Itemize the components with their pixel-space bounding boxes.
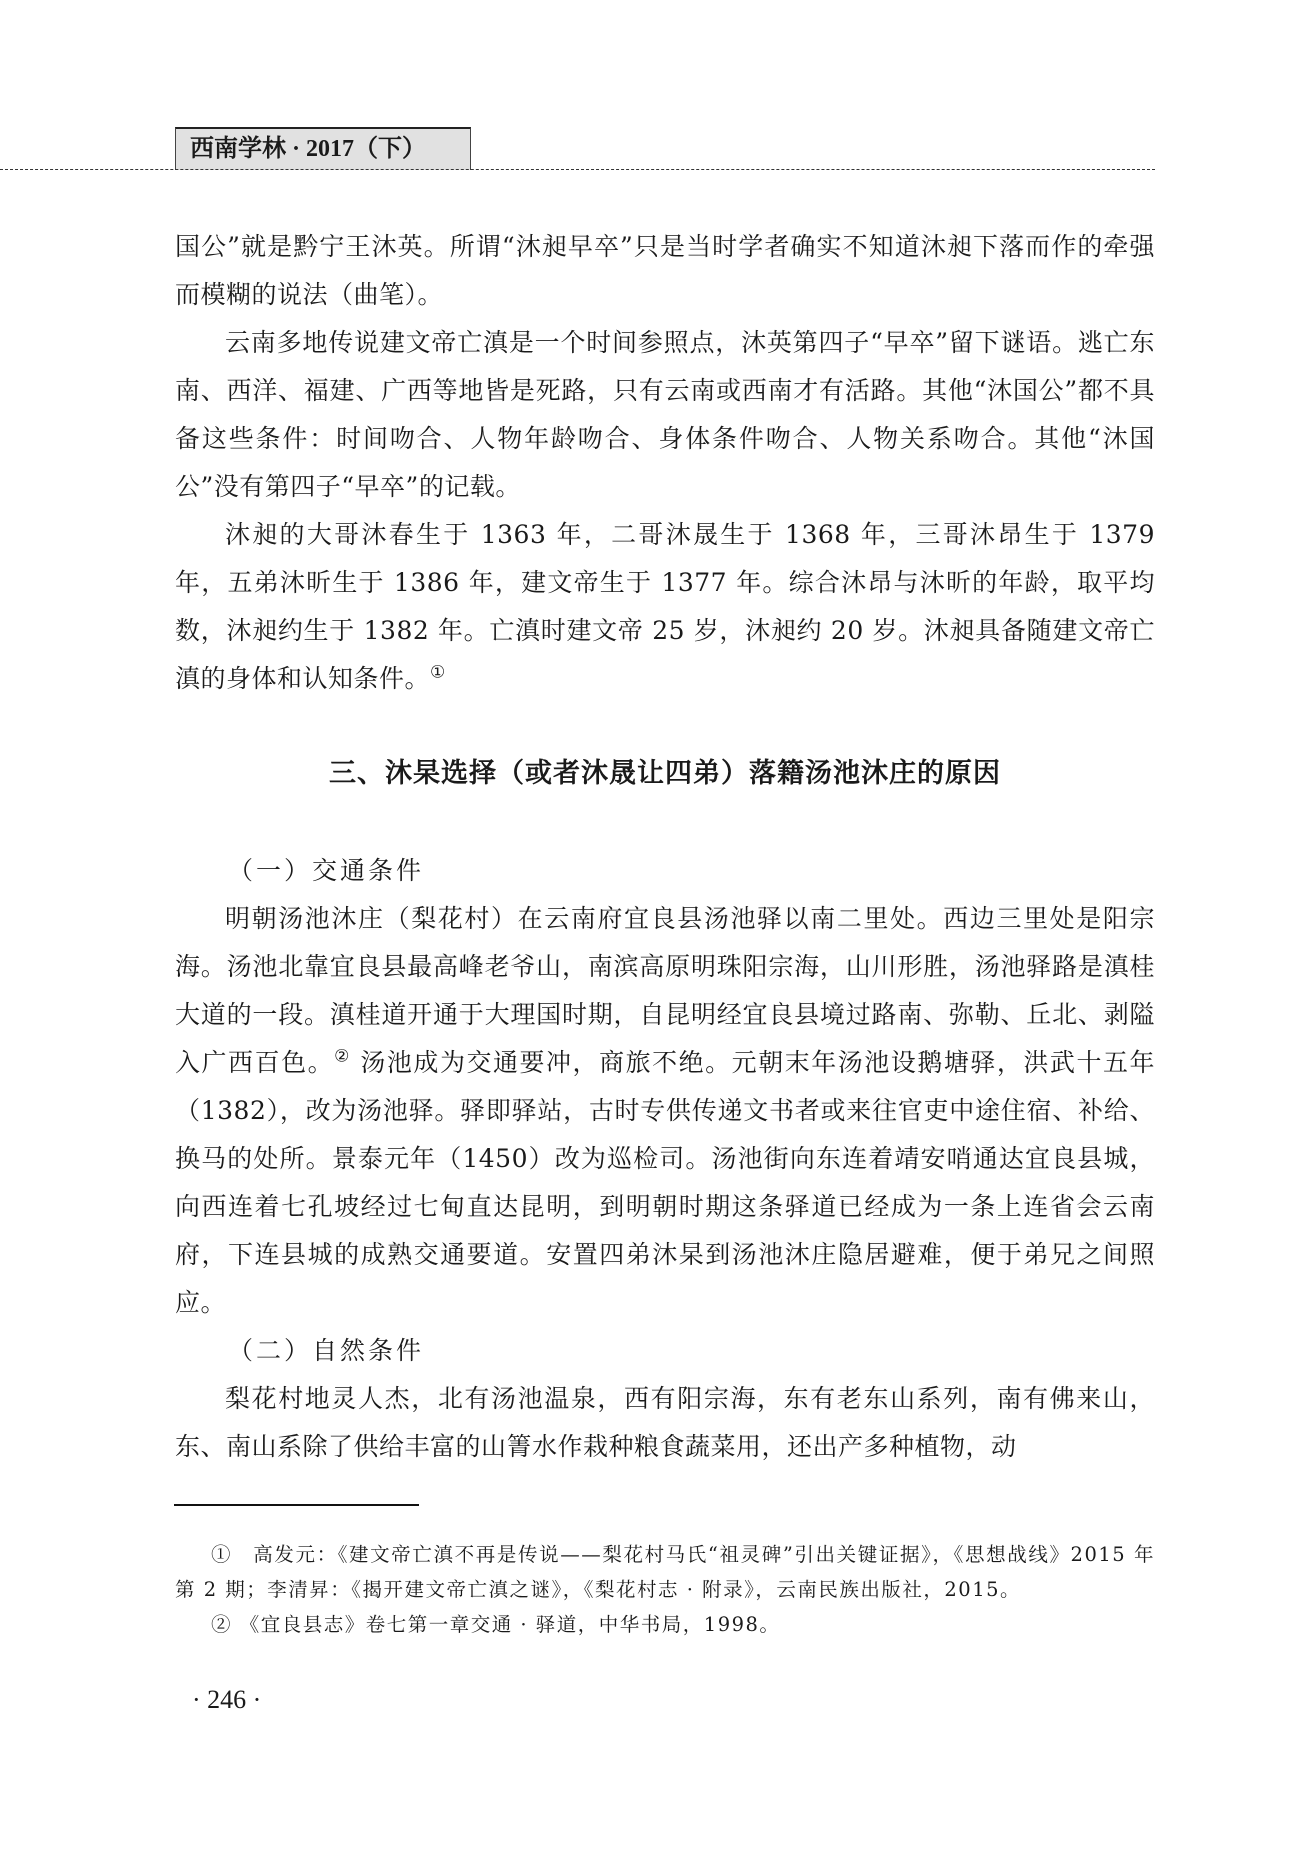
footnote-ref-1[interactable]: ① <box>430 663 446 683</box>
section-heading: 三、沐杲选择（或者沐晟让四弟）落籍汤池沐庄的原因 <box>175 752 1155 796</box>
body-text-traffic: 明朝汤池沐庄（梨花村）在云南府宜良县汤池驿以南二里处。西边三里处是阳宗海。汤池北… <box>175 895 1155 1327</box>
body-text-top: 国公”就是黔宁王沐英。所谓“沐昶早卒”只是当时学者确实不知道沐昶下落而作的牵强而… <box>175 223 1155 703</box>
paragraph: 国公”就是黔宁王沐英。所谓“沐昶早卒”只是当时学者确实不知道沐昶下落而作的牵强而… <box>175 223 1155 319</box>
body-text-nature: 梨花村地灵人杰，北有汤池温泉，西有阳宗海，东有老东山系列，南有佛来山，东、南山系… <box>175 1375 1155 1471</box>
paragraph: 云南多地传说建文帝亡滇是一个时间参照点，沐英第四子“早卒”留下谜语。逃亡东南、西… <box>175 319 1155 511</box>
page-number: · 246 · <box>192 1683 261 1717</box>
paragraph-text: 汤池成为交通要冲，商旅不绝。元朝末年汤池设鹅塘驿，洪武十五年（1382），改为汤… <box>175 1048 1155 1317</box>
paragraph: 沐昶的大哥沐春生于 1363 年，二哥沐晟生于 1368 年，三哥沐昂生于 13… <box>175 511 1155 703</box>
header-dashed-rule <box>0 169 1155 170</box>
paragraph-text: 沐昶的大哥沐春生于 1363 年，二哥沐晟生于 1368 年，三哥沐昂生于 13… <box>175 520 1155 693</box>
subsection-heading-traffic: （一）交通条件 <box>228 851 424 891</box>
footnotes: ① 高发元：《建文帝亡滇不再是传说——梨花村马氏“祖灵碑”引出关键证据》，《思想… <box>175 1537 1155 1642</box>
footnote-2: ② 《宜良县志》卷七第一章交通 · 驿道，中华书局，1998。 <box>175 1607 1155 1642</box>
footnote-ref-2[interactable]: ② <box>334 1047 351 1067</box>
subsection-heading-nature: （二）自然条件 <box>228 1331 424 1371</box>
paragraph: 明朝汤池沐庄（梨花村）在云南府宜良县汤池驿以南二里处。西边三里处是阳宗海。汤池北… <box>175 895 1155 1327</box>
footnote-rule <box>174 1504 419 1506</box>
running-head: 西南学林 · 2017（下） <box>175 127 471 170</box>
footnote-1: ① 高发元：《建文帝亡滇不再是传说——梨花村马氏“祖灵碑”引出关键证据》，《思想… <box>175 1537 1155 1607</box>
paragraph: 梨花村地灵人杰，北有汤池温泉，西有阳宗海，东有老东山系列，南有佛来山，东、南山系… <box>175 1375 1155 1471</box>
